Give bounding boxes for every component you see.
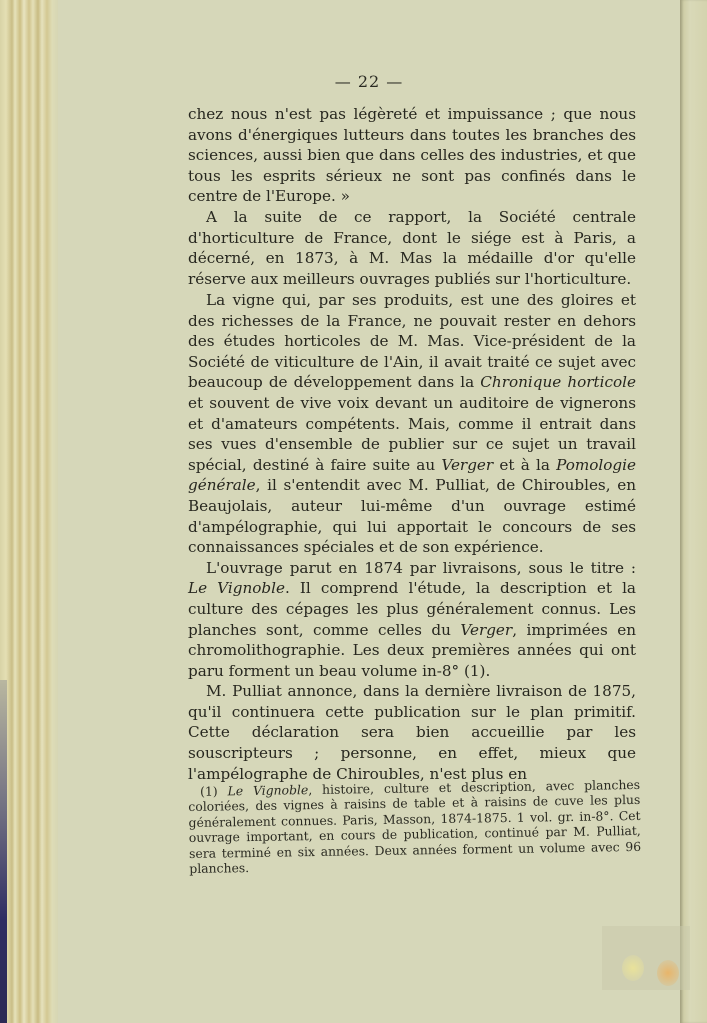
text-block-top: chez nous n'est pas légèreté et impuissa… — [188, 104, 636, 289]
italic-title-vignoble: Le Vignoble — [188, 579, 285, 597]
paragraph-continuation: chez nous n'est pas légèreté et impuissa… — [188, 104, 636, 207]
paragraph-pulliat: M. Pulliat annonce, dans la dernière liv… — [188, 681, 636, 784]
paragraph-vigne: La vigne qui, par ses produits, est une … — [188, 290, 636, 558]
italic-title-verger: Verger — [441, 456, 493, 474]
footnote: (1) Le Vignoble, histoire, culture et de… — [188, 777, 641, 877]
book-page: — 22 — chez nous n'est pas légèreté et i… — [58, 0, 680, 1023]
italic-title-vignoble: Le Vignoble — [227, 782, 308, 798]
italic-title-verger: Verger — [460, 621, 512, 639]
book-cover-strip — [0, 680, 7, 1023]
page-number: — 22 — — [58, 72, 680, 91]
light-reflection — [657, 960, 679, 986]
text-run: , il s'entendit avec M. Pulliat, de Chir… — [188, 476, 636, 556]
next-page-edge — [680, 0, 707, 1023]
paragraph-ouvrage: L'ouvrage parut en 1874 par livraisons, … — [188, 558, 636, 682]
paragraph-award: A la suite de ce rapport, la Société cen… — [188, 207, 636, 289]
text-block-main: La vigne qui, par ses produits, est une … — [188, 290, 636, 784]
footnote-text: (1) Le Vignoble, histoire, culture et de… — [188, 777, 641, 877]
book-page-edges — [0, 0, 58, 1023]
text-run: et à la — [493, 456, 556, 474]
text-run: L'ouvrage parut en 1874 par livraisons, … — [206, 559, 636, 577]
italic-title-chronique: Chronique horticole — [480, 373, 636, 391]
light-reflection — [622, 955, 644, 981]
footnote-marker: (1) — [200, 783, 228, 798]
